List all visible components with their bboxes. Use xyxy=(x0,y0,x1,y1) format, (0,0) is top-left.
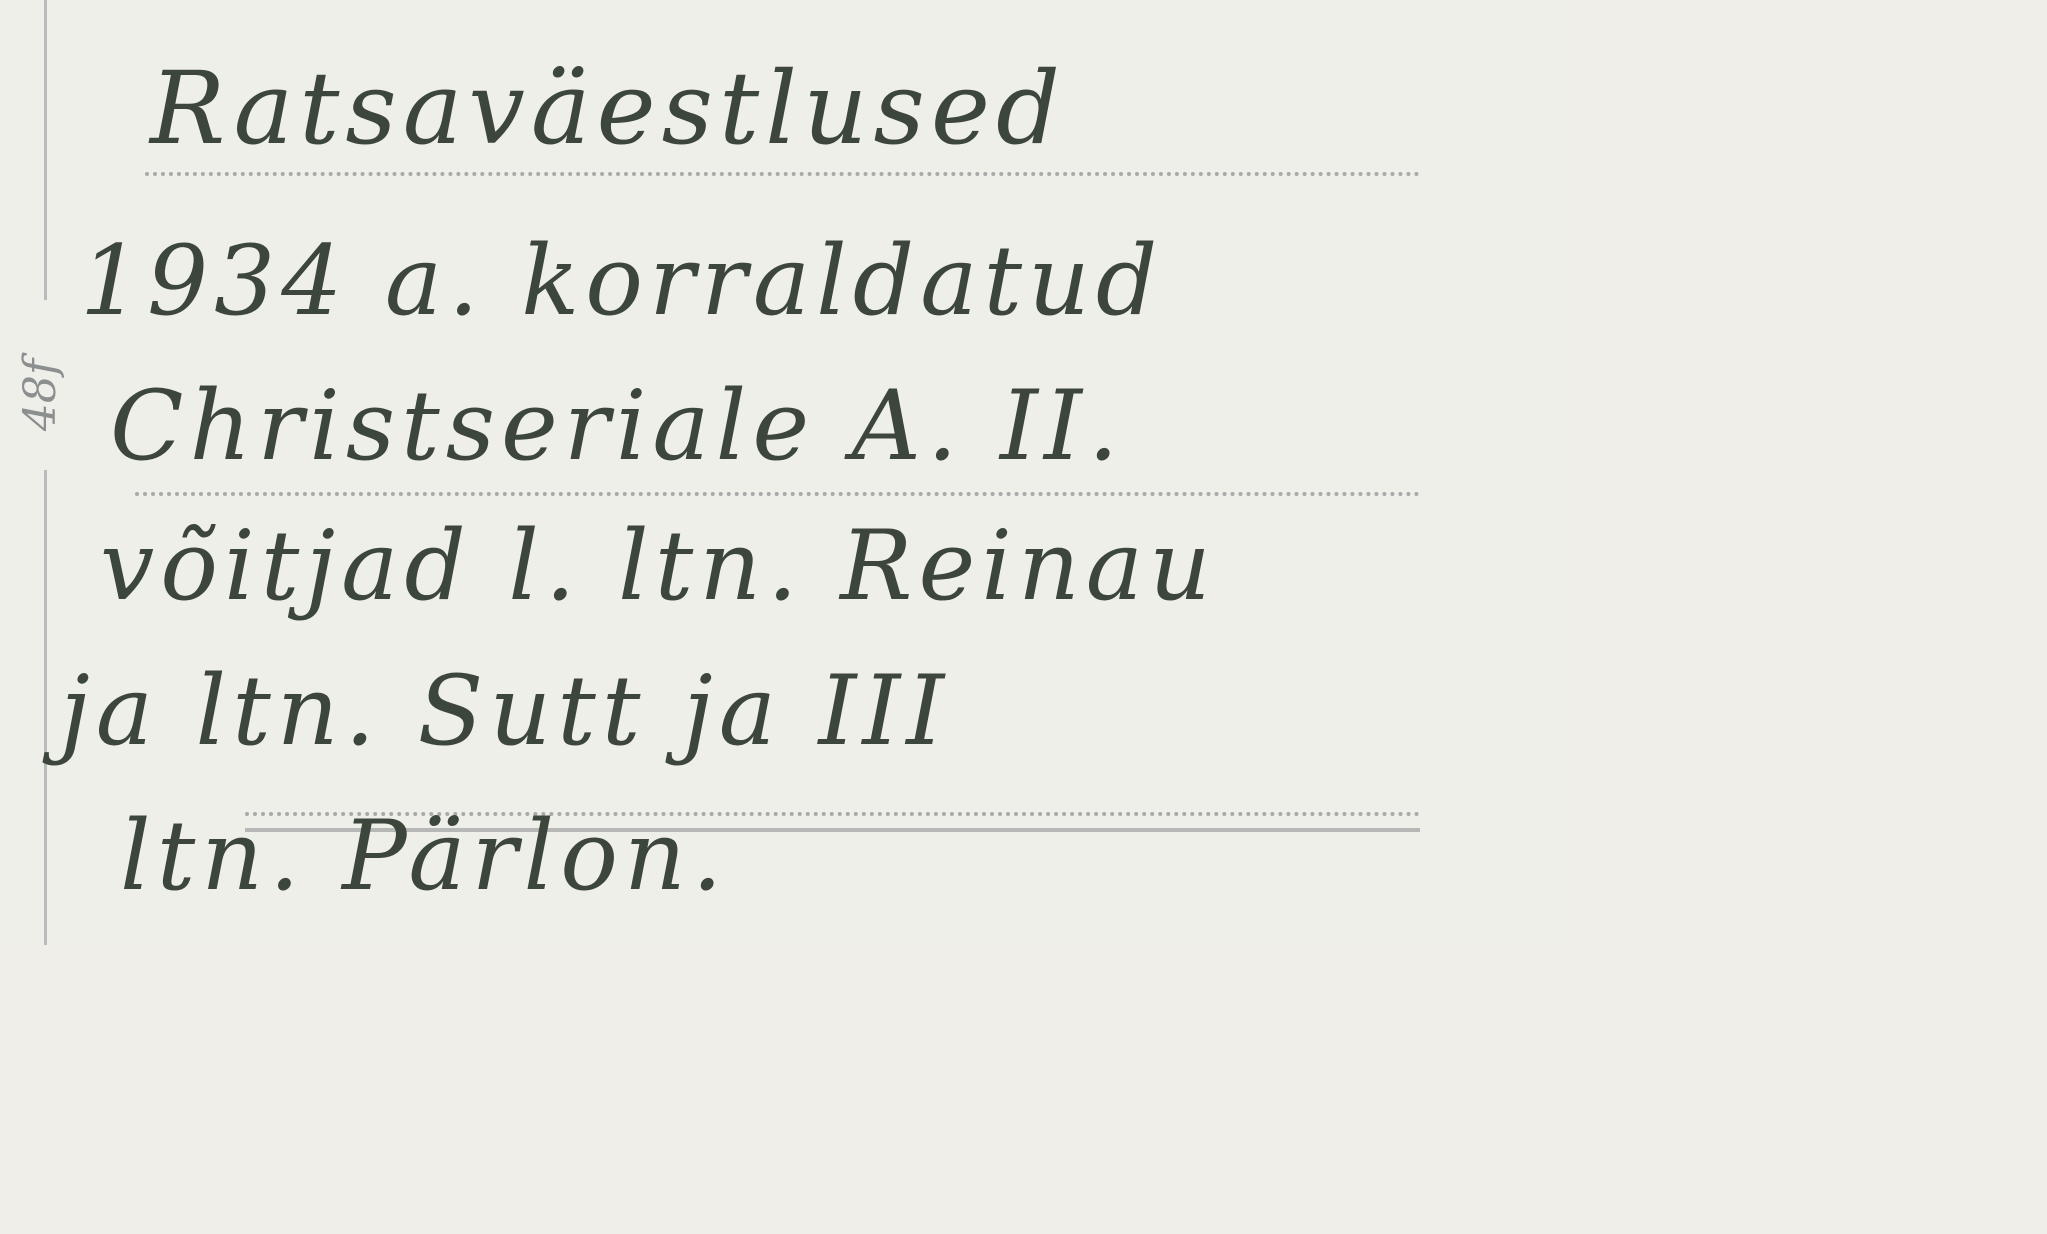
handwritten-line-6: ltn. Pärlon. xyxy=(120,800,728,912)
handwritten-line-4: võitjad l. ltn. Reinau xyxy=(100,510,1217,622)
handwritten-line-2: 1934 a. korraldatud xyxy=(80,225,1163,337)
handwritten-line-3: Christseriale A. II. xyxy=(110,370,1124,482)
dotted-rule-1 xyxy=(145,172,1420,176)
margin-line xyxy=(44,0,47,945)
dotted-rule-2 xyxy=(135,492,1420,496)
pencil-margin-note: 48f xyxy=(0,365,105,425)
handwritten-line-5: ja ltn. Sutt ja III xyxy=(60,655,950,767)
index-card: 48f Ratsaväestlused 1934 a. korraldatud … xyxy=(0,0,1568,945)
handwritten-line-1: Ratsaväestlused xyxy=(150,50,1066,167)
